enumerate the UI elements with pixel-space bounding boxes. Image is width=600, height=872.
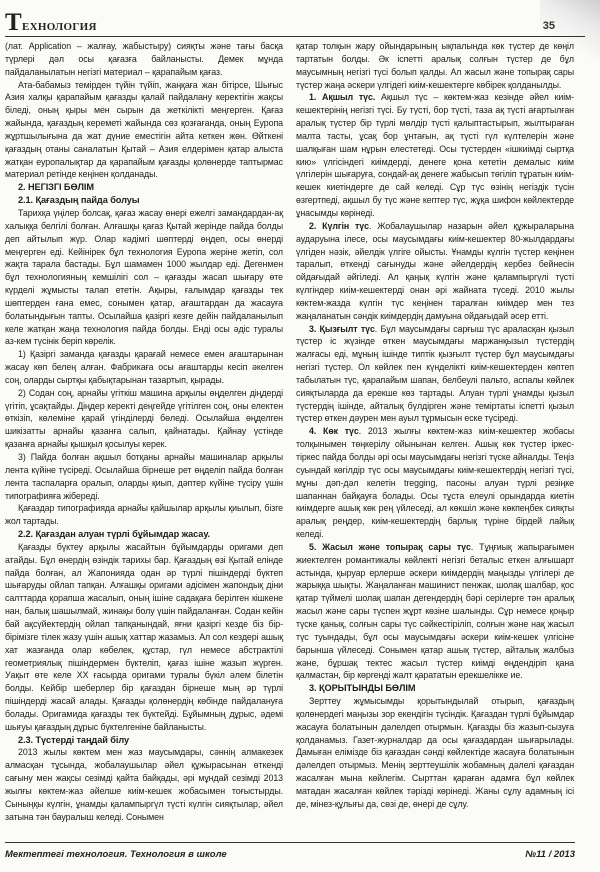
color-heading-blue: 4. Көк түс — [309, 426, 359, 436]
section-title: Технология — [5, 9, 97, 37]
paragraph: Қағаздар типографияда арнайы қайшылар ар… — [5, 502, 283, 528]
paragraph: 1) Қазіргі заманда қағазды қарағай немес… — [5, 348, 283, 387]
paragraph: Қағазды бүктеу арқылы жасайтын бұйымдард… — [5, 541, 283, 734]
paragraph: Тарихқа үңілер болсақ, қағаз жасау өнері… — [5, 207, 283, 348]
section-title-initial: Т — [5, 9, 22, 36]
subsection-heading-2-1: 2.1. Қағаздың пайда болуы — [5, 194, 283, 207]
paragraph-text: . Бұл маусымдағы сарғыш түс араласқан қы… — [296, 324, 574, 424]
color-heading-purple: 2. Күлгін түс — [309, 221, 369, 231]
color-heading-pink: 3. Қызғылт түс — [309, 324, 375, 334]
article-body: (лат. Application – жалғау, жабыстыру) с… — [5, 40, 575, 825]
paragraph: қатар толқын жару ойындарының ықпалында … — [296, 40, 574, 91]
paragraph: 3) Пайда болған ақшыл ботқаны арнайы маш… — [5, 451, 283, 502]
paragraph: Зерттеу жұмысымды қорытындылай отырып, қ… — [296, 695, 574, 811]
issue-number: №11 / 2013 — [525, 849, 575, 860]
section-heading-conclusion: 3. ҚОРЫТЫНДЫ БӨЛІМ — [296, 682, 574, 695]
paragraph-text: . Жобалаушылар назарын әйел құжыраларына… — [296, 221, 574, 321]
paragraph: Ата-бабамыз темірден түйін түйіп, жаңқағ… — [5, 79, 283, 182]
journal-title: Мектептегі технология. Технология в школ… — [5, 849, 227, 860]
paragraph-purple-color: 2. Күлгін түс. Жобалаушылар назарын әйел… — [296, 220, 574, 323]
paragraph: 2) Содан соң, арнайы үгіткіш машина арқы… — [5, 387, 283, 451]
section-heading-main: 2. НЕГІЗГІ БӨЛІМ — [5, 181, 283, 194]
paragraph-green-color: 5. Жасыл және топырақ сары түс. Тұңғиық … — [296, 541, 574, 682]
subsection-heading-2-3: 2.3. Түстерді таңдай білу — [5, 734, 283, 747]
right-column: қатар толқын жару ойындарының ықпалында … — [296, 40, 574, 825]
page-header: Технология 35 — [5, 14, 585, 37]
subsection-heading-2-2: 2.2. Қағаздан алуан түрлі бұйымдар жасау… — [5, 528, 283, 541]
paragraph: (лат. Application – жалғау, жабыстыру) с… — [5, 40, 283, 79]
left-column: (лат. Application – жалғау, жабыстыру) с… — [5, 40, 283, 825]
paragraph-text: . 2013 жылғы көктем-жаз киім-кешектер жо… — [296, 426, 574, 539]
paragraph-text: . Тұңғиық жапырағымен жиектелген романти… — [296, 542, 574, 680]
paragraph-blue-color: 4. Көк түс. 2013 жылғы көктем-жаз киім-к… — [296, 425, 574, 541]
section-title-rest: ехнология — [22, 17, 97, 34]
paragraph-white-color: 1. Ақшыл түс. Ақшыл түс – көктем-жаз кез… — [296, 91, 574, 219]
paragraph-pink-color: 3. Қызғылт түс. Бұл маусымдағы сарғыш тү… — [296, 323, 574, 426]
page-footer: Мектептегі технология. Технология в школ… — [5, 842, 575, 860]
color-heading-green: 5. Жасыл және топырақ сары түс — [309, 542, 471, 552]
page-number: 35 — [543, 20, 555, 32]
paragraph-text: Ақшыл түс – көктем-жаз кезінде әйел киім… — [296, 92, 574, 218]
paragraph: 2013 жылы көктем мен жаз маусымдары, сән… — [5, 746, 283, 823]
color-heading-white: 1. Ақшыл түс. — [309, 92, 375, 102]
